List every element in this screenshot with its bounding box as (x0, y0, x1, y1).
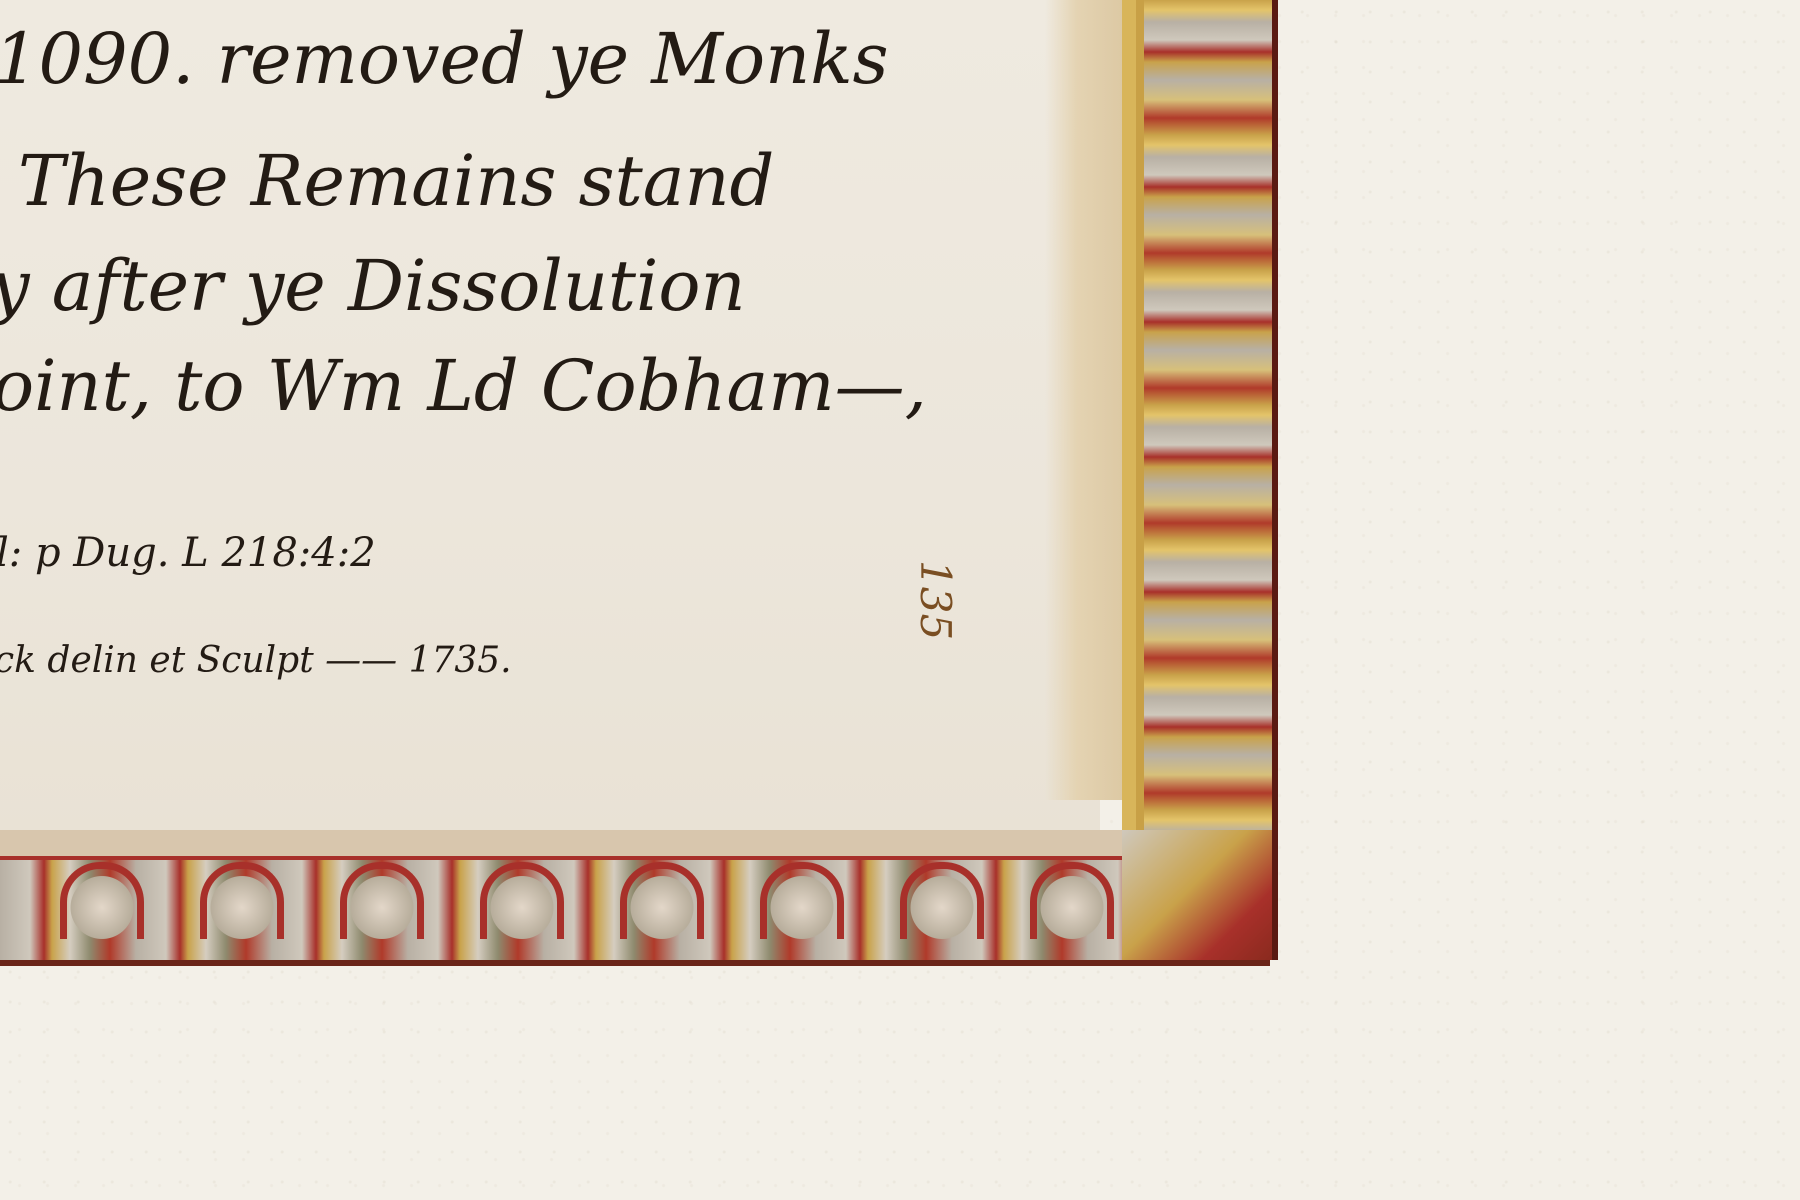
engraver-signature-line: ck delin et Sculpt —— 1735. (0, 640, 512, 681)
guilloche-loop-ornament (60, 862, 144, 939)
guilloche-loop-ornament (200, 862, 284, 939)
frame-mitred-corner (1122, 830, 1272, 960)
caption-line-2: These Remains stand (18, 140, 774, 222)
guilloche-loop-ornament (900, 862, 984, 939)
caption-line-4: oint, to Wm Ld Cobham—, (0, 345, 927, 427)
guilloche-loop-ornament (760, 862, 844, 939)
reference-line: l: p Dug. L 218:4:2 (0, 530, 376, 576)
guilloche-loop-ornament (340, 862, 424, 939)
aged-paper-edge (1045, 0, 1125, 800)
frame-right-rail (1122, 0, 1278, 960)
pencil-inventory-number: 135 (911, 560, 960, 640)
caption-line-3: y after ye Dissolution (0, 245, 746, 327)
guilloche-loop-ornament (620, 862, 704, 939)
guilloche-loop-ornament (1030, 862, 1114, 939)
guilloche-loop-ornament (480, 862, 564, 939)
engraving-caption: 1090. removed ye Monks These Remains sta… (0, 0, 900, 720)
caption-line-1: 1090. removed ye Monks (0, 18, 889, 100)
